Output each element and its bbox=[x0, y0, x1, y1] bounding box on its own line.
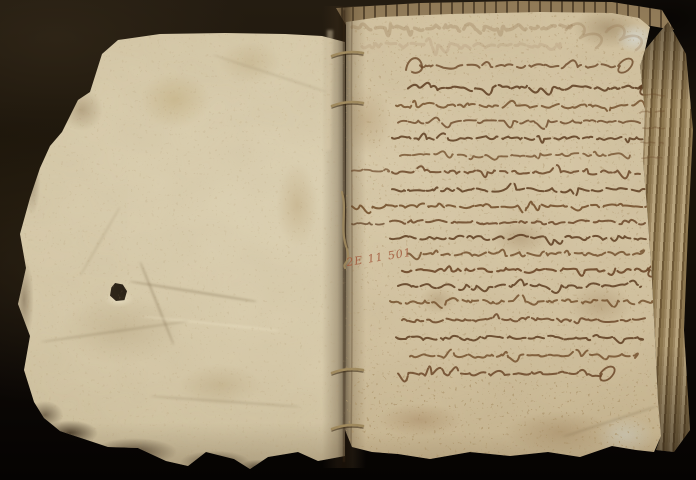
manuscript-photo: 2E 11 501 bbox=[0, 0, 696, 480]
binding-gutter-fold bbox=[343, 10, 345, 462]
